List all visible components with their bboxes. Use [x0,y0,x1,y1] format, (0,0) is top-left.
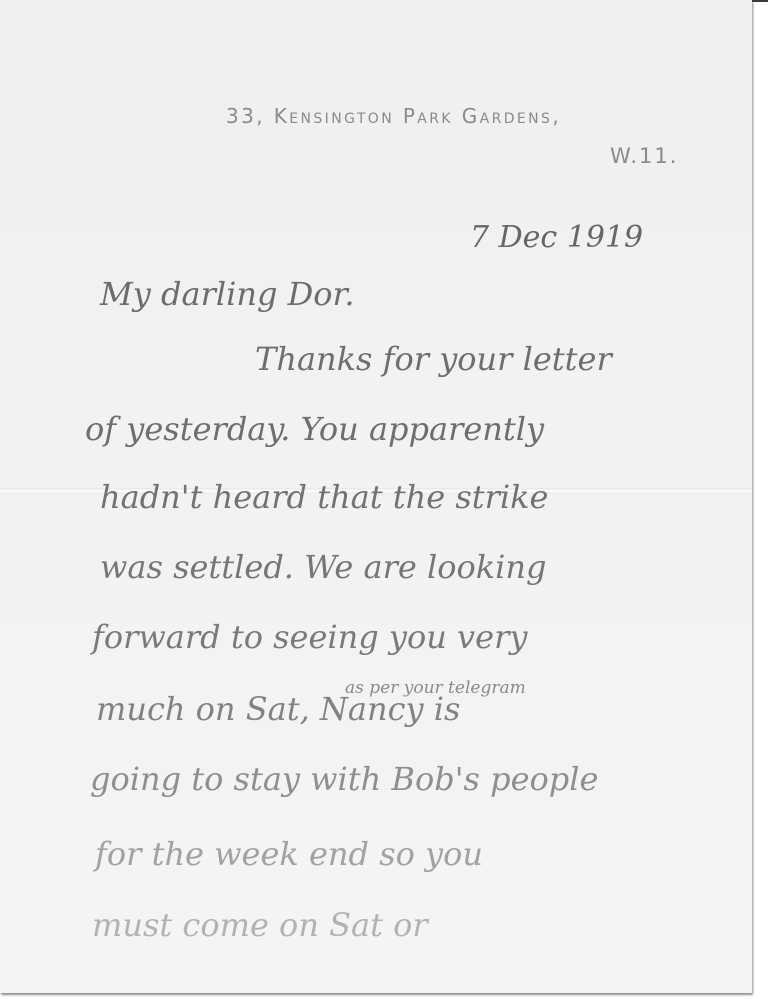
letter-line: going to stay with Bob's people [90,760,598,798]
scanner-edge-line [752,0,768,2]
letter-paper: 33, Kensington Park Gardens, W.11. 7 Dec… [0,0,752,993]
letterhead-address: 33, Kensington Park Gardens, [226,104,696,128]
letter-line: hadn't heard that the strike [100,478,548,516]
letter-salutation: My darling Dor. [100,275,354,313]
letter-line: Thanks for your letter [255,340,612,378]
letterhead-postal-district: W.11. [610,144,678,168]
letter-line: was settled. We are looking [100,548,547,586]
letter-line: of yesterday. You apparently [85,410,544,448]
letter-date: 7 Dec 1919 [470,220,643,255]
letter-line: for the week end so you [95,835,483,873]
letter-line: must come on Sat or [92,906,428,944]
letter-line: much on Sat, Nancy is [96,690,460,728]
letter-line: forward to seeing you very [92,618,527,656]
